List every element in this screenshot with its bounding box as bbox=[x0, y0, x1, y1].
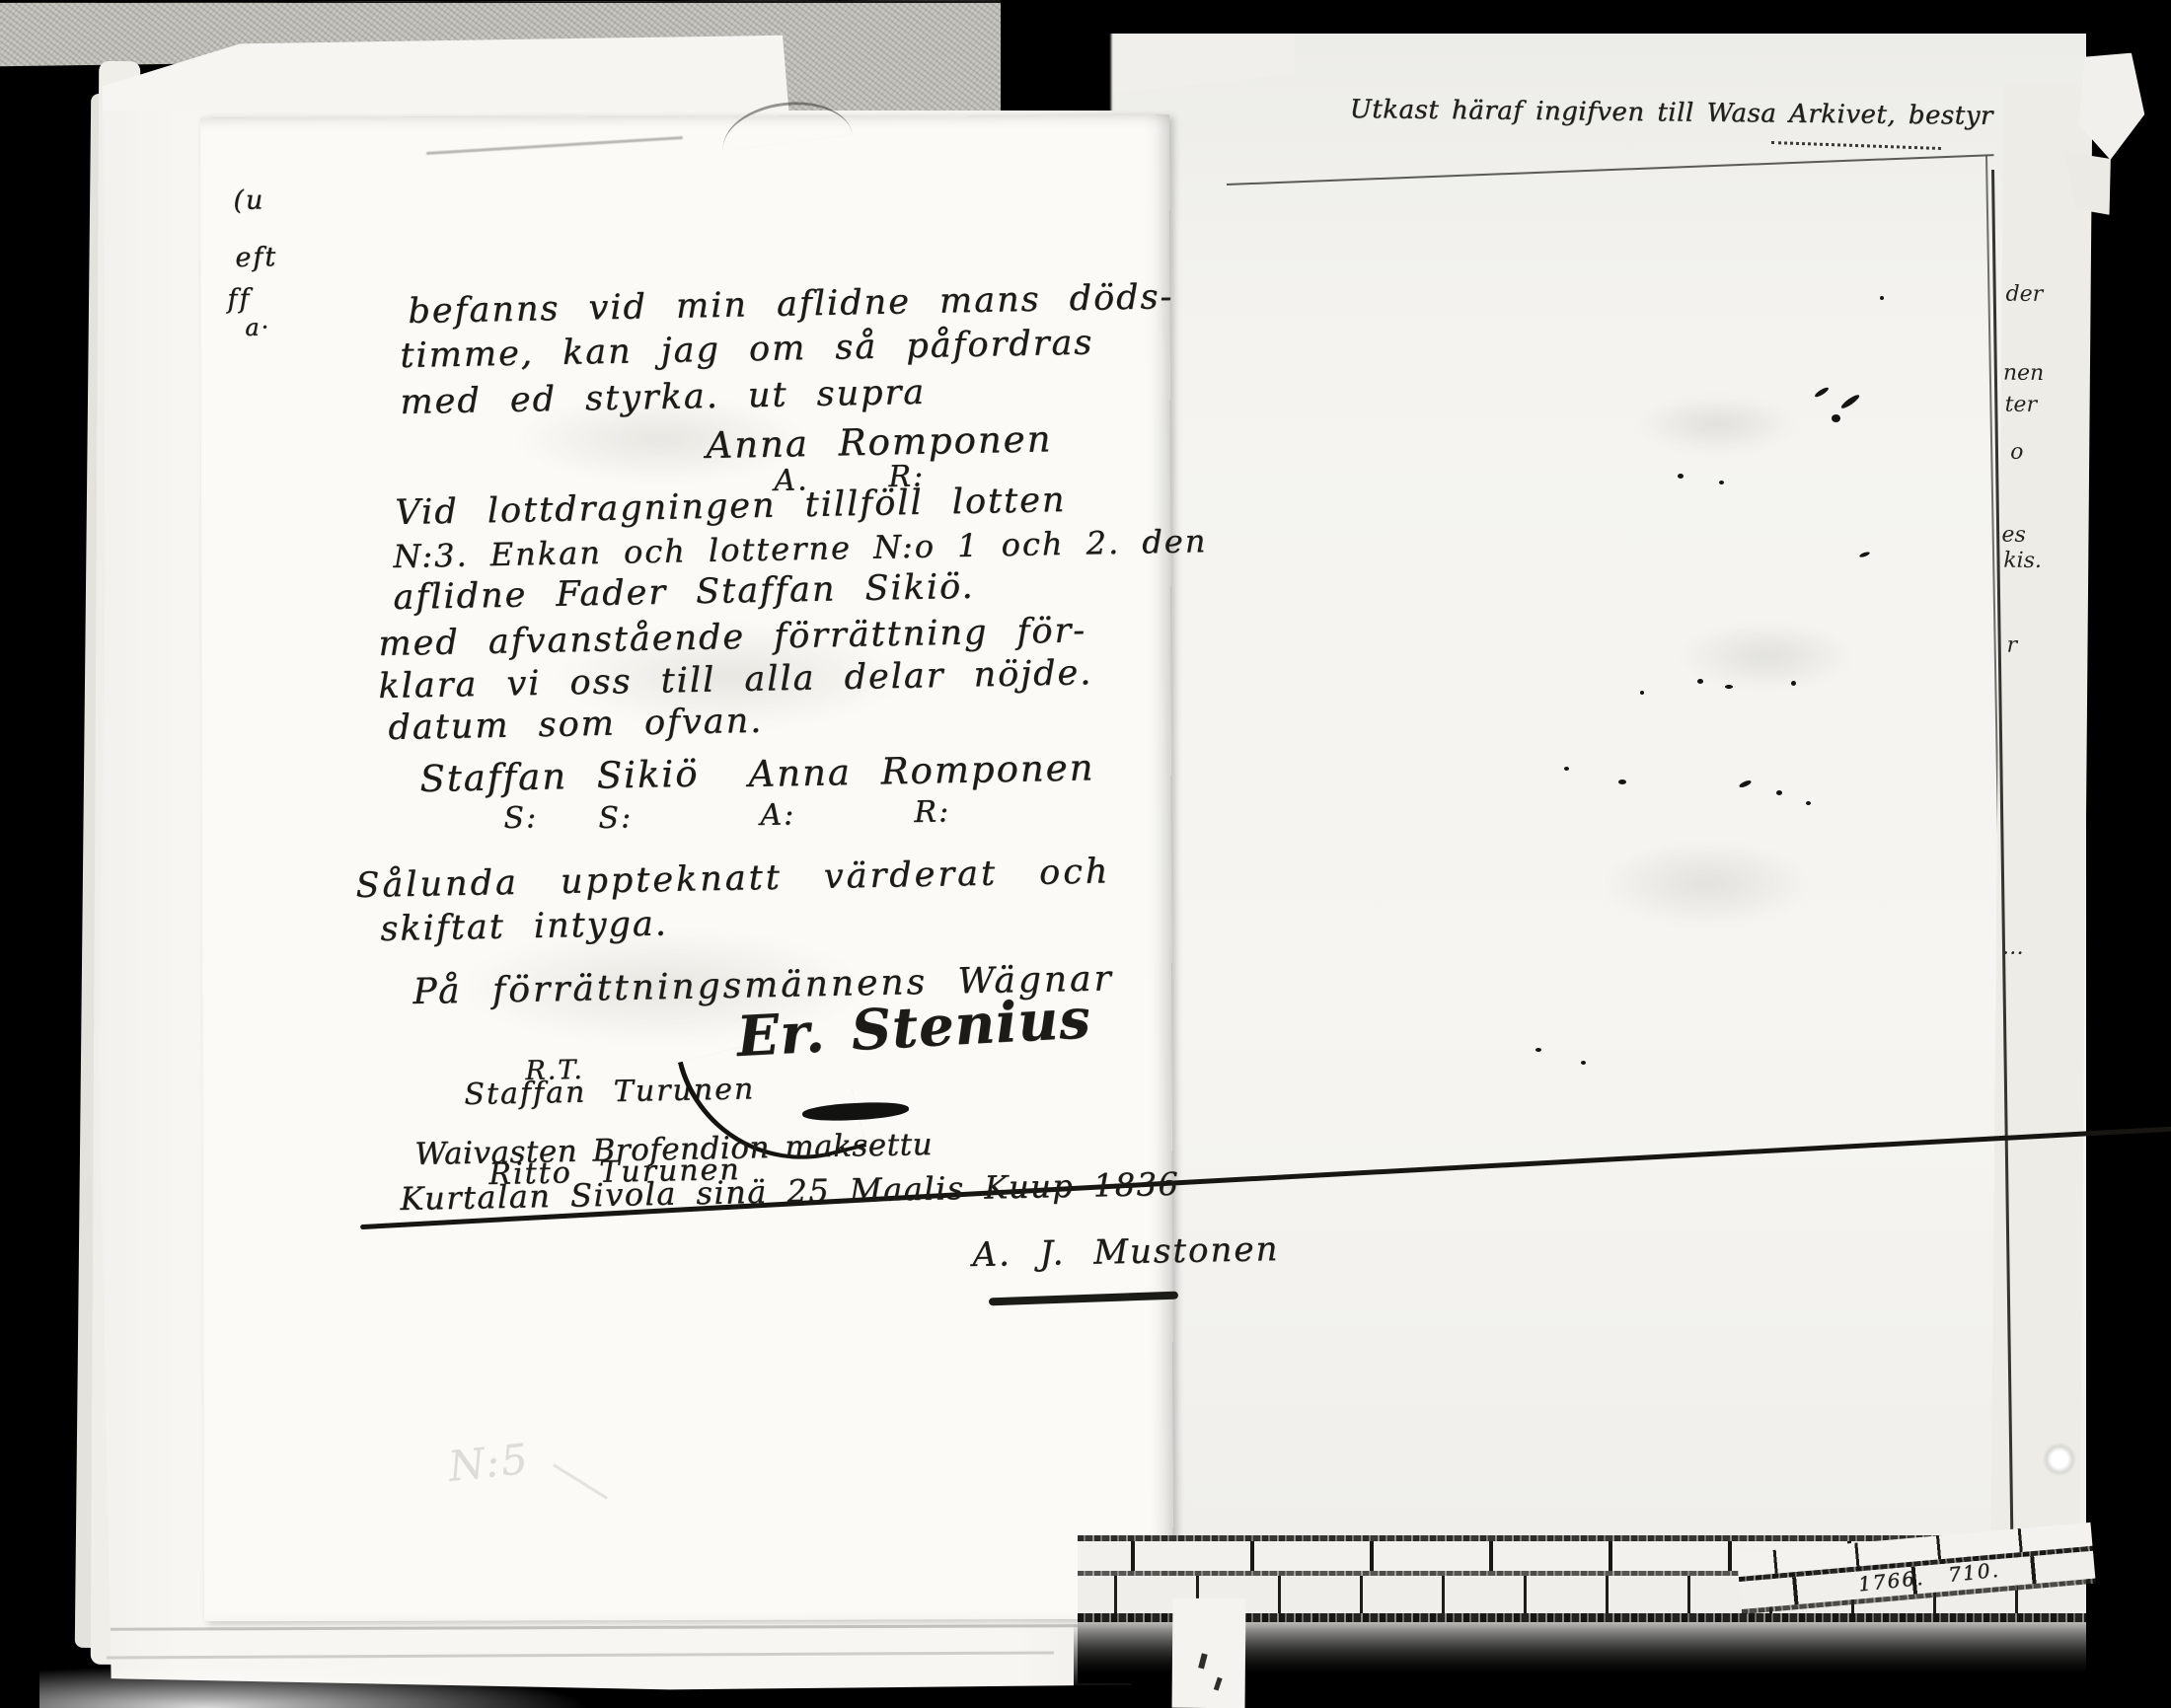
ink-speck bbox=[1776, 790, 1782, 795]
edge-fragment: r bbox=[2006, 633, 2017, 658]
faint-pencil-note: N:5 bbox=[446, 1434, 532, 1490]
ink-speck bbox=[1880, 296, 1884, 300]
edge-fragment: der bbox=[2006, 282, 2044, 307]
handwritten-line-9: datum som ofvan. bbox=[388, 702, 764, 748]
initial-s2: S: bbox=[598, 800, 633, 836]
ink-speck bbox=[1581, 1061, 1586, 1065]
ink-speck bbox=[1640, 691, 1644, 695]
margin-fragment: a· bbox=[245, 314, 270, 341]
edge-fragment: es bbox=[2001, 523, 2026, 548]
edge-fragment: nen bbox=[2003, 361, 2045, 386]
ink-speck bbox=[1719, 481, 1724, 484]
ink-speck bbox=[1618, 780, 1626, 784]
edge-fragment: ter bbox=[2005, 393, 2038, 417]
handwritten-line-11: skiftat intyga. bbox=[380, 904, 668, 949]
ink-speck bbox=[1832, 414, 1840, 422]
scanned-book-opening: Utkast häraf ingifven till Wasa Arkivet,… bbox=[0, 0, 2171, 1708]
bottom-tab bbox=[1172, 1598, 1246, 1708]
tab-mark bbox=[1214, 1677, 1223, 1691]
signature-aj-mustonen: A. J. Mustonen bbox=[972, 1229, 1280, 1275]
ink-speck bbox=[1678, 474, 1684, 479]
page-edge-strip: der nen ter o es kis. r … bbox=[1991, 85, 2093, 1548]
margin-fragment: (u bbox=[233, 185, 265, 216]
ink-speck bbox=[1806, 801, 1811, 805]
bottom-left-glow bbox=[39, 1666, 592, 1708]
edge-fragment: kis. bbox=[2003, 549, 2042, 573]
initial-a2: A: bbox=[760, 797, 795, 833]
show-through-smudge bbox=[1599, 839, 1816, 928]
margin-fragment: ff bbox=[227, 284, 252, 315]
ink-speck bbox=[1535, 1048, 1541, 1052]
show-through-smudge bbox=[1678, 622, 1855, 691]
right-page bbox=[1085, 34, 2086, 1683]
show-through-smudge bbox=[1638, 395, 1796, 454]
margin-fragment: eft bbox=[235, 242, 277, 273]
signature-anna-romponen-2: Anna Romponen bbox=[748, 746, 1095, 795]
signature-anna-romponen: Anna Romponen bbox=[706, 417, 1053, 467]
scan-hole-dot bbox=[2043, 1443, 2076, 1476]
signature-staffan-sikio: Staffan Sikiö bbox=[419, 753, 700, 800]
initial-r2: R: bbox=[914, 794, 950, 830]
edge-fragment: o bbox=[2010, 440, 2023, 465]
ink-speck bbox=[1564, 767, 1569, 771]
initial-s1: S: bbox=[503, 800, 538, 836]
tab-mark bbox=[1198, 1653, 1208, 1669]
